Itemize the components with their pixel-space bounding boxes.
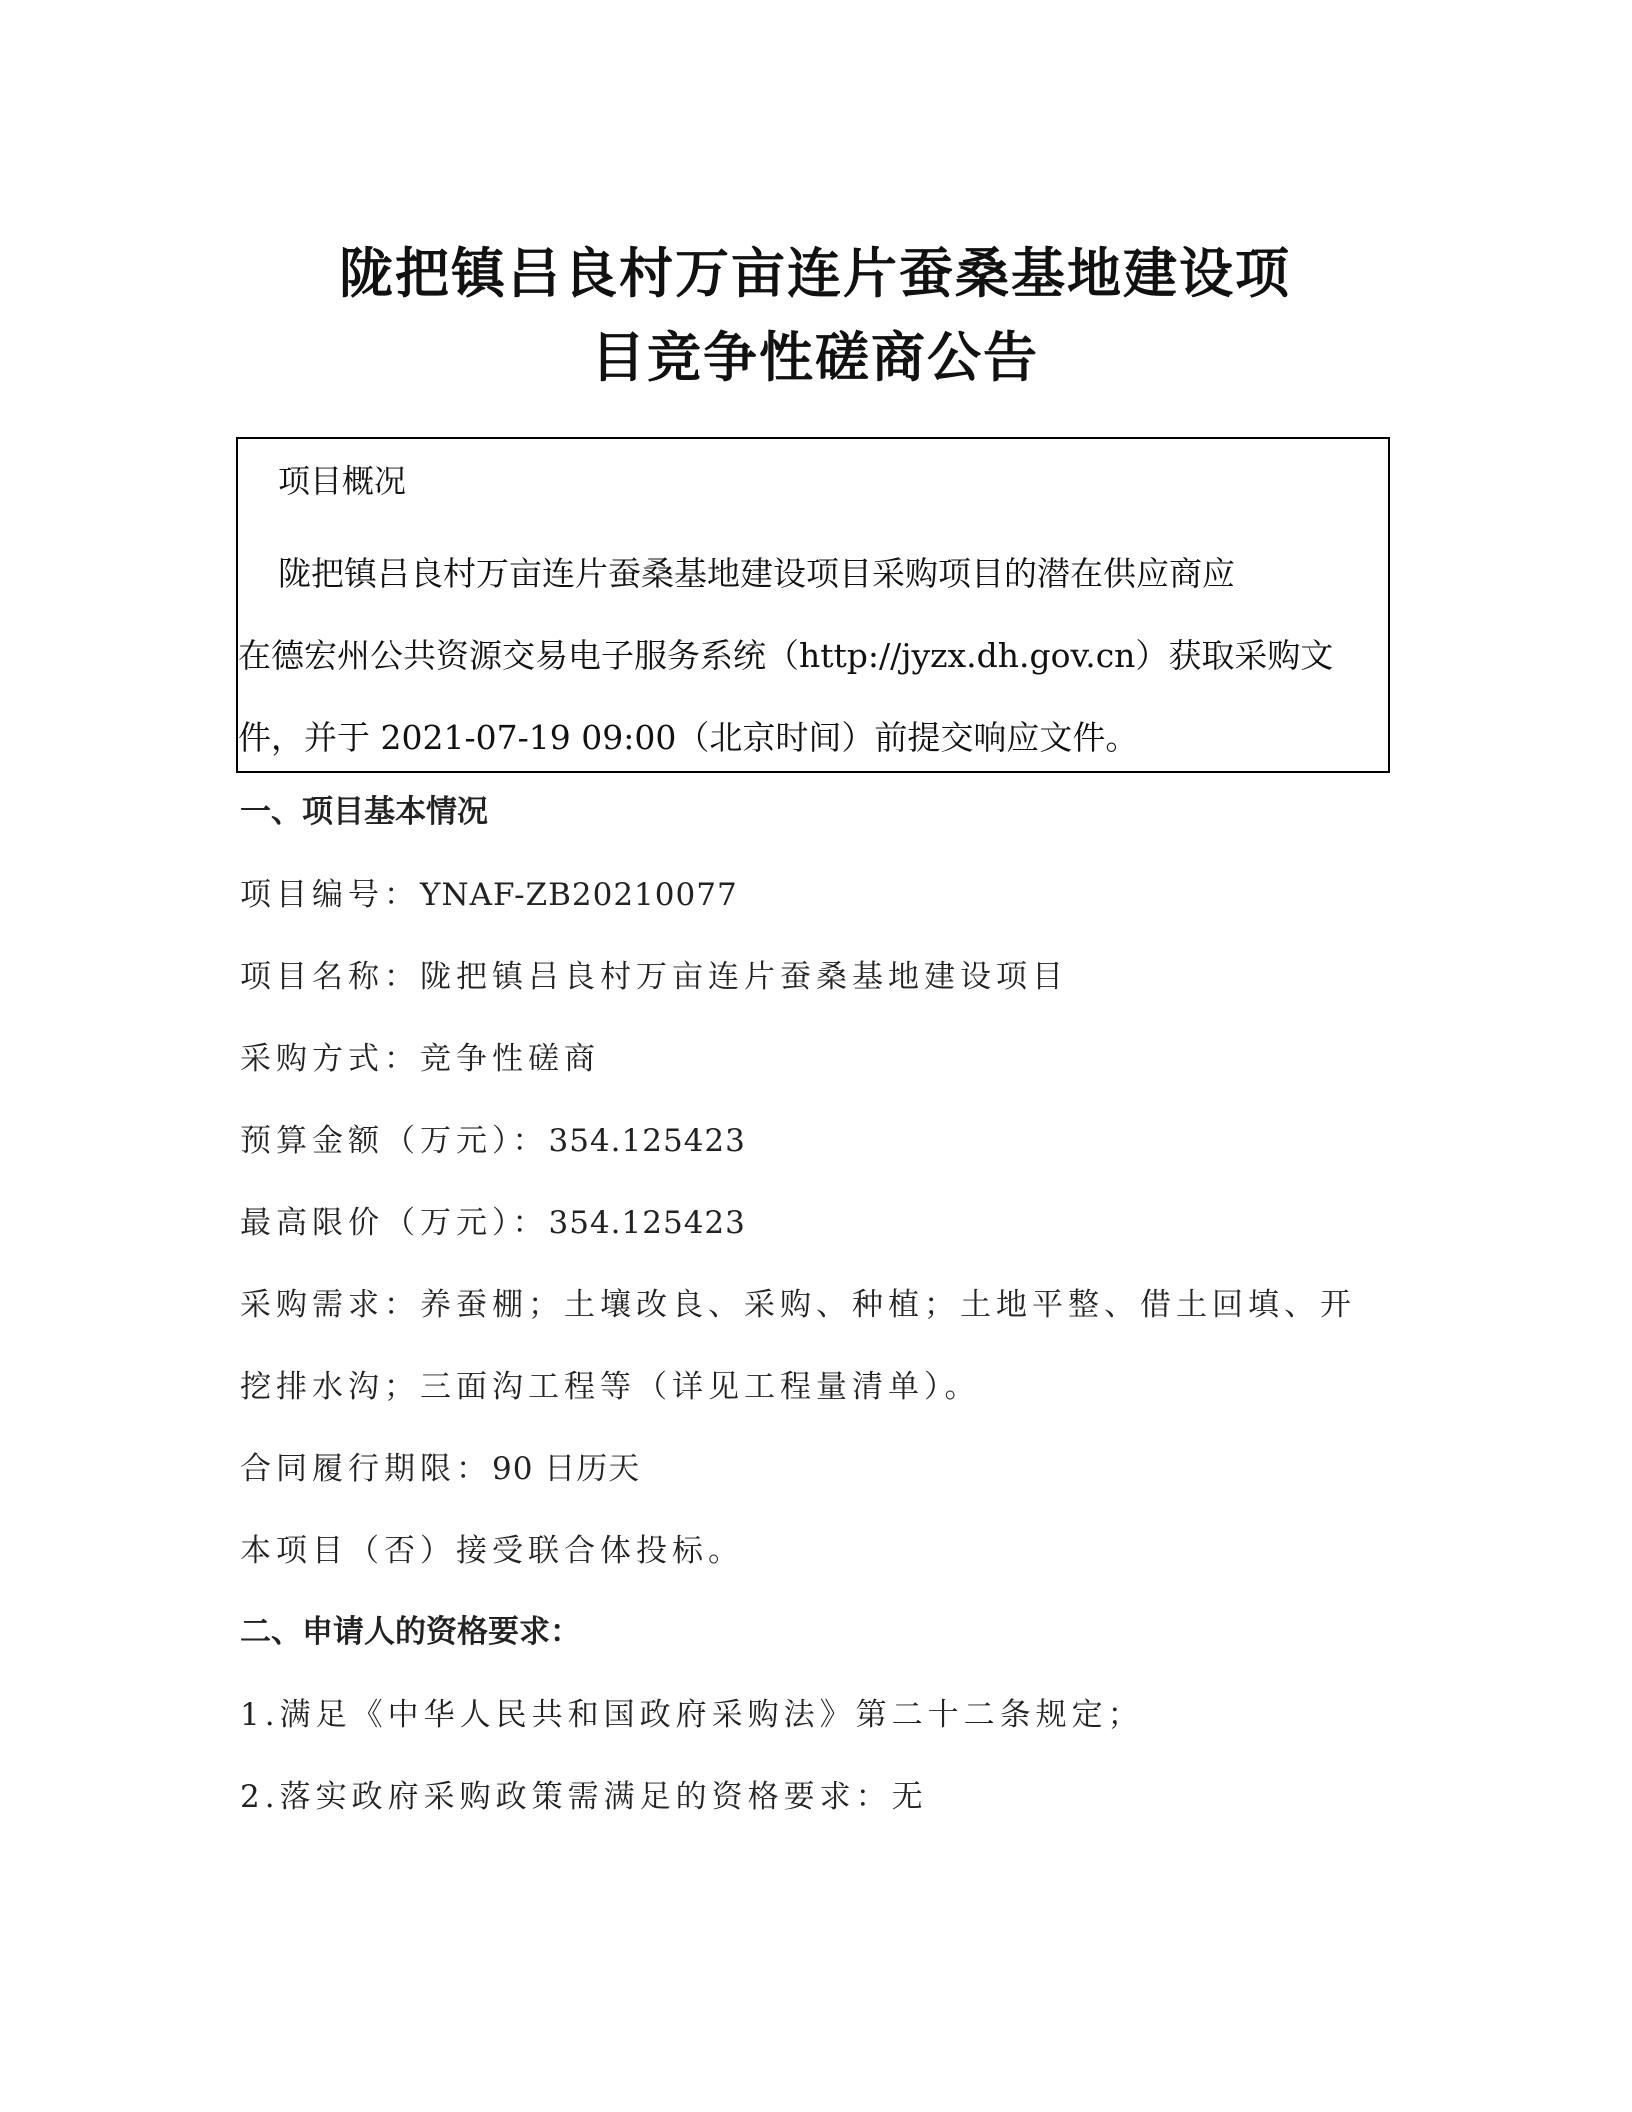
- field-label: 项目编号：: [240, 877, 420, 913]
- field-procurement-requirements-cont: 挖排水沟；三面沟工程等（详见工程量清单）。: [240, 1367, 981, 1407]
- overview-paragraph: 陇把镇吕良村万亩连片蚕桑基地建设项目采购项目的潜在供应商应 在德宏州公共资源交易…: [238, 533, 1388, 779]
- field-value: 354.125423: [549, 1123, 746, 1159]
- field-project-name: 项目名称：陇把镇吕良村万亩连片蚕桑基地建设项目: [240, 957, 1068, 997]
- field-value: 挖排水沟；三面沟工程等（详见工程量清单）。: [240, 1369, 981, 1405]
- field-value: 本项目（否）接受联合体投标。: [240, 1533, 744, 1569]
- field-contract-period: 合同履行期限：90 日历天: [240, 1449, 640, 1489]
- overview-line-1: 陇把镇吕良村万亩连片蚕桑基地建设项目采购项目的潜在供应商应: [238, 533, 1388, 615]
- field-budget-amount: 预算金额（万元）：354.125423: [240, 1121, 746, 1161]
- field-value: 90 日历天: [492, 1451, 640, 1487]
- field-value: 354.125423: [549, 1205, 746, 1241]
- overview-line-2: 在德宏州公共资源交易电子服务系统（http://jyzx.dh.gov.cn）获…: [238, 615, 1388, 697]
- field-consortium-bid: 本项目（否）接受联合体投标。: [240, 1531, 744, 1571]
- field-label: 项目名称：: [240, 959, 420, 995]
- overview-line-3: 件，并于 2021-07-19 09:00（北京时间）前提交响应文件。: [238, 697, 1388, 779]
- field-label: 最高限价（万元）：: [240, 1205, 549, 1241]
- field-label: 合同履行期限：: [240, 1451, 492, 1487]
- field-project-number: 项目编号：YNAF-ZB20210077: [240, 875, 738, 915]
- field-procurement-method: 采购方式：竞争性磋商: [240, 1039, 600, 1079]
- qualification-item-1: 1.满足《中华人民共和国政府采购法》第二十二条规定；: [240, 1695, 1144, 1735]
- overview-heading: 项目概况: [278, 461, 406, 501]
- field-label: 采购方式：: [240, 1041, 420, 1077]
- document-title-line-2: 目竞争性磋商公告: [240, 316, 1390, 400]
- field-value: YNAF-ZB20210077: [420, 877, 738, 913]
- field-value: 竞争性磋商: [420, 1041, 600, 1077]
- field-value: 陇把镇吕良村万亩连片蚕桑基地建设项目: [420, 959, 1068, 995]
- field-value: 养蚕棚；土壤改良、采购、种植；土地平整、借土回填、开: [420, 1287, 1356, 1323]
- section-1-heading: 一、项目基本情况: [240, 792, 488, 832]
- section-2-heading: 二、申请人的资格要求：: [240, 1612, 581, 1652]
- document-title-line-1: 陇把镇吕良村万亩连片蚕桑基地建设项: [240, 232, 1390, 316]
- qualification-item-2: 2.落实政府采购政策需满足的资格要求：无: [240, 1777, 928, 1817]
- project-overview-box: 项目概况 陇把镇吕良村万亩连片蚕桑基地建设项目采购项目的潜在供应商应 在德宏州公…: [236, 437, 1390, 773]
- field-label: 采购需求：: [240, 1287, 420, 1323]
- field-max-price: 最高限价（万元）：354.125423: [240, 1203, 746, 1243]
- field-procurement-requirements: 采购需求：养蚕棚；土壤改良、采购、种植；土地平整、借土回填、开: [240, 1285, 1356, 1325]
- field-label: 预算金额（万元）：: [240, 1123, 549, 1159]
